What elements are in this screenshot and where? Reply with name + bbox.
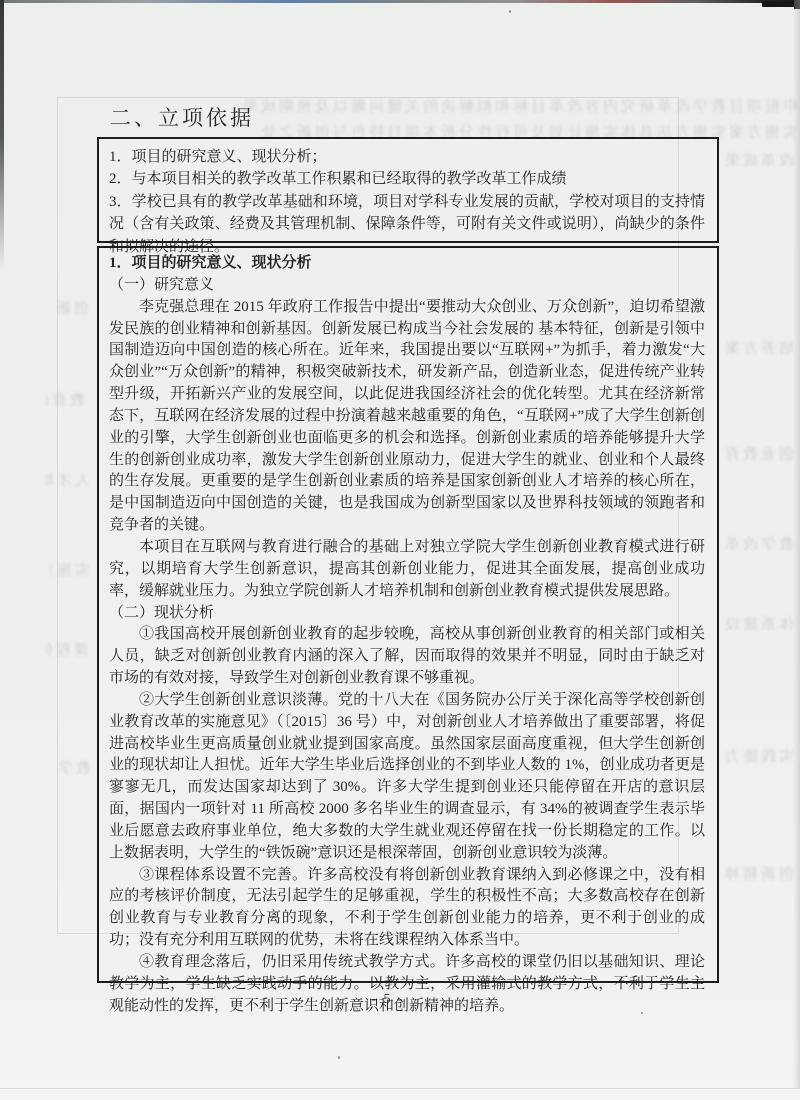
paragraph-status-point-3: ③课程体系设置不完善。许多高校没有将创新创业教育课纳入到必修课之中，没有相应的考… [109,865,705,952]
instructions-box: 1．项目的研究意义、现状分析； 2．与本项目相关的教学改革工作积累和已经取得的教… [97,137,719,243]
instruction-item: 2．与本项目相关的教学改革工作积累和已经取得的教学改革工作成绩 [109,168,705,190]
ink-speck [338,1056,340,1059]
ink-speck [509,10,511,13]
content-box: 1．项目的研究意义、现状分析 （一）研究意义 李克强总理在 2015 年政府工作… [97,246,719,983]
ghost-text-line: 改革成果 [722,152,794,170]
ghost-text-line: 创业教育 [724,446,794,464]
page-edge-shadow [0,0,4,270]
page-number: - 5 - [333,992,443,1008]
scanner-edge-line [0,0,800,3]
scanner-corner-mark [762,1,796,7]
ghost-text-line: 培养方案 [724,340,794,358]
ghost-text-line: 创新精神 [724,866,794,884]
paragraph-research-significance-2: 本项目在互联网与教育进行融合的基础上对独立学院大学生创新创业教育模式进行研究，以… [109,537,705,603]
paragraph-status-point-1: ①我国高校开展创新创业教育的起步较晚，高校从事创新创业教育的相关部门或相关人员，… [109,624,705,690]
page-title: 二、立项依据 [110,102,254,132]
ghost-text-line: 实践能力 [722,748,794,766]
scanned-page: 申报项目教学改革研究内容改革目标和拟解决的关键问题以及预期成果 实施方案实施方法… [0,0,800,1100]
paragraph-research-significance-1: 李克强总理在 2015 年政府工作报告中提出“要推动大众创业、万众创新”，迫切希… [109,297,705,537]
paragraph-status-point-2: ②大学生创新创业意识淡薄。党的十八大在《国务院办公厅关于深化高等学校创新创业教育… [109,690,705,865]
section-heading: 1．项目的研究意义、现状分析 [109,253,705,275]
page-edge-shadow [0,1088,800,1100]
subsection-heading-research-significance: （一）研究意义 [109,275,705,297]
ghost-text-line: 教学改革 [722,536,794,554]
ghost-text-line: 体系建设 [724,616,794,634]
page-edge-shadow [793,0,800,1100]
subsection-heading-status-analysis: （二）现状分析 [109,603,705,625]
instruction-item: 1．项目的研究意义、现状分析； [109,146,705,168]
